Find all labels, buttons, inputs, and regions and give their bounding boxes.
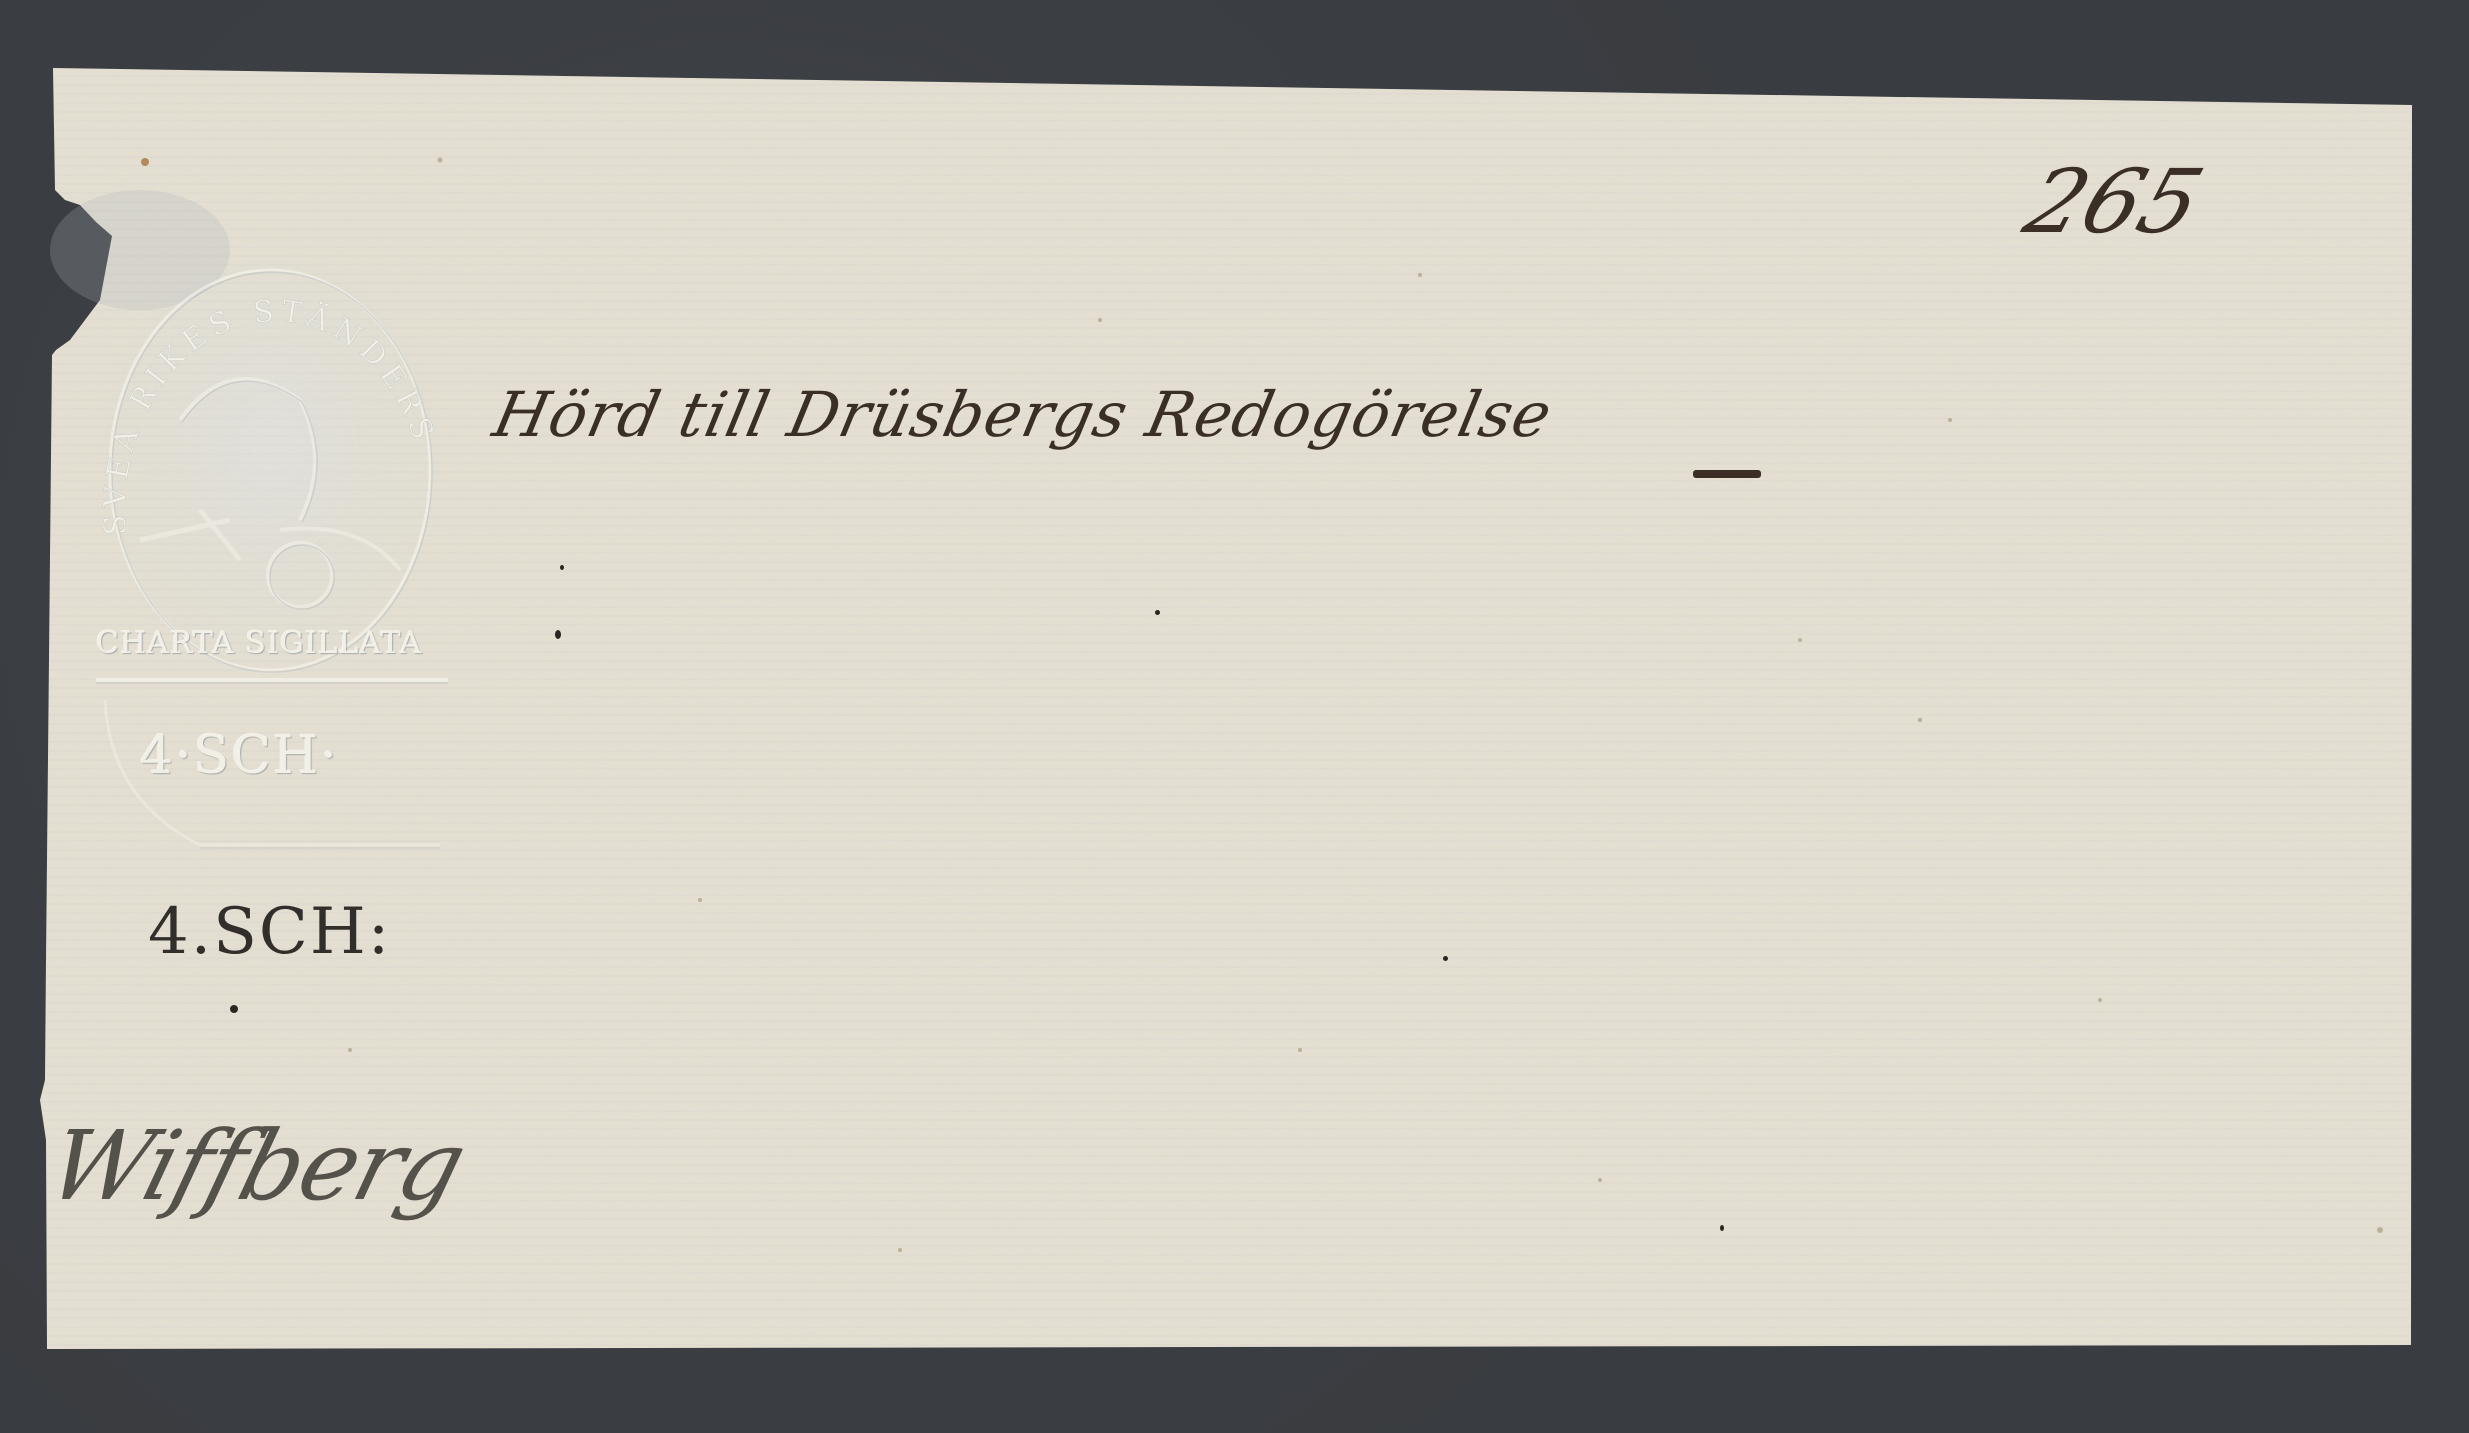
scan-stage: SVEA RIKES STÄNDERS CHARTA SIGILLATA 4·S… <box>0 0 2469 1433</box>
ink-dot <box>555 630 561 639</box>
ink-dot <box>560 565 564 570</box>
page-number: 265 <box>2013 150 2214 253</box>
main-handwritten-text: Hörd till Drüsbergs Redogörelse <box>487 378 1558 451</box>
ink-dot <box>1155 610 1160 615</box>
ink-dot <box>1443 956 1448 961</box>
embossed-value: 4·SCH· <box>140 726 339 786</box>
printed-stamp-value: 4.SCH: <box>148 895 391 969</box>
trailing-dash <box>1693 470 1761 478</box>
ink-dot <box>230 1005 238 1013</box>
charta-sigillata-emboss: CHARTA SIGILLATA <box>96 626 423 661</box>
ink-dot <box>1720 1225 1724 1231</box>
signature: Wiffberg <box>37 1110 475 1222</box>
